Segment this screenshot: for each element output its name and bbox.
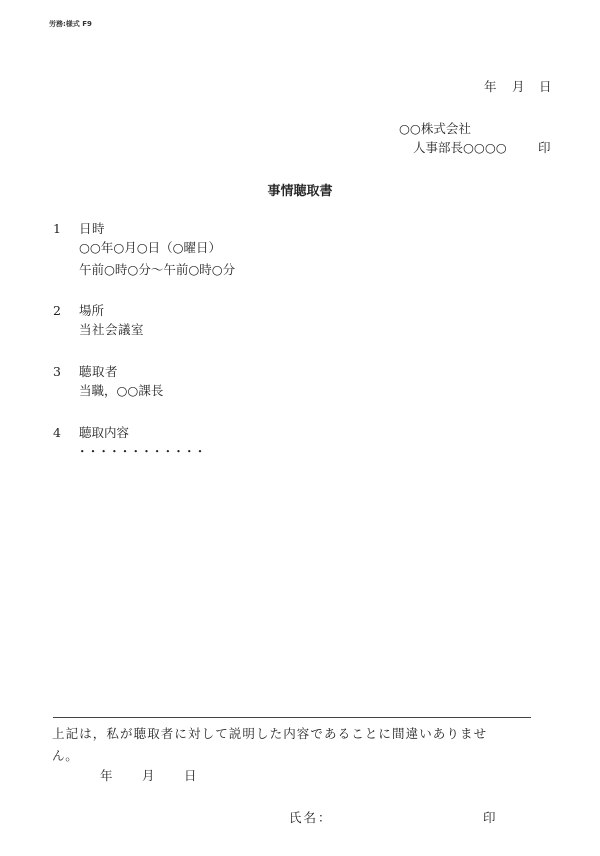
footer-date-day: 日 <box>184 768 197 784</box>
section-3-number: 3 <box>53 364 61 380</box>
signature-seal: 印 <box>483 810 496 826</box>
section-3-line-1: 当職，○○課長 <box>79 383 163 399</box>
section-4-content-placeholder: ・・・・・・・・・・・・ <box>76 444 204 460</box>
form-code: 労務:様式 F9 <box>49 19 92 29</box>
divider-line <box>53 717 531 718</box>
name-label: 氏名： <box>289 810 333 826</box>
issuer-seal: 印 <box>538 140 551 156</box>
section-2-number: 2 <box>53 303 61 319</box>
statement-line-1: 上記は，私が聴取者に対して説明した内容であることに間違いありませ <box>52 726 487 742</box>
section-2-heading: 場所 <box>79 303 104 319</box>
header-date-month: 月 <box>512 79 525 95</box>
footer-date-month: 月 <box>142 768 155 784</box>
section-1-number: 1 <box>53 221 61 237</box>
issuer-name: 人事部長○○○○ <box>413 140 507 156</box>
statement-line-2: ん。 <box>52 748 78 764</box>
company-name: ○○株式会社 <box>399 121 471 137</box>
section-2-line-1: 当社会議室 <box>79 322 144 338</box>
header-date-year: 年 <box>484 79 497 95</box>
section-4-number: 4 <box>53 425 61 441</box>
footer-date-year: 年 <box>100 768 113 784</box>
section-1-heading: 日時 <box>79 221 105 237</box>
section-3-heading: 聴取者 <box>79 364 118 380</box>
section-1-line-2: 午前○時○分～午前○時○分 <box>79 262 235 278</box>
section-4-heading: 聴取内容 <box>79 425 129 441</box>
header-date-day: 日 <box>539 79 552 95</box>
document-title: 事情聴取書 <box>0 180 600 199</box>
section-1-line-1: ○○年○月○日（○曜日） <box>79 240 221 256</box>
